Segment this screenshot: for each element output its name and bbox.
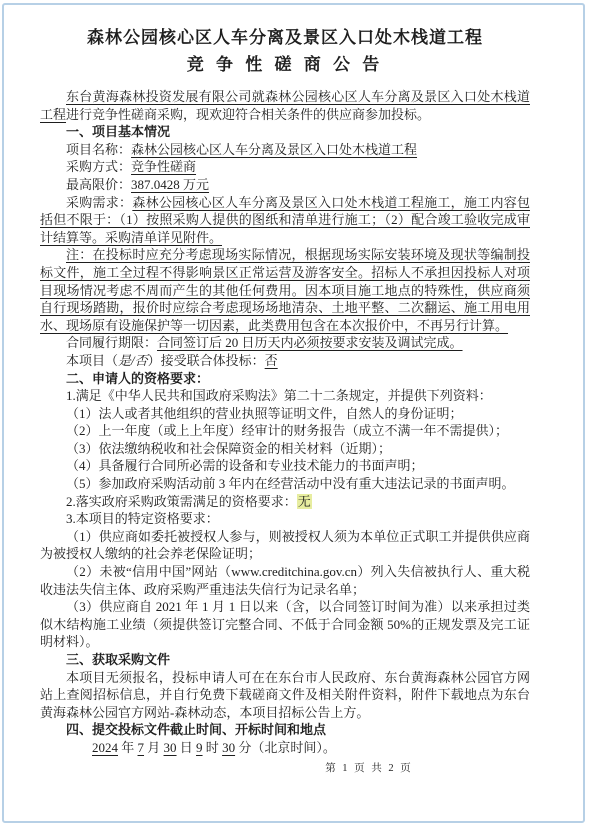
text-segment: 合同履行期限：: [66, 335, 157, 350]
consortium-line: 本项目（是/否）接受联合体投标：否: [40, 352, 530, 370]
text-segment: 进行竞争性磋商采购，现欢迎符合相关条件的供应商参加投标。: [66, 107, 430, 122]
qualification-item-1-4: （4）具备履行合同所必需的设备和专业技术能力的书面声明；: [40, 457, 530, 475]
text-segment: 合同签订后 20 日历天内必须按要求安装及调试完成。: [157, 335, 463, 350]
procurement-demand-paragraph: 采购需求：森林公园核心区人车分离及景区入口处木栈道工程施工，施工内容包括但不限于…: [40, 194, 530, 247]
text-segment: （1）法人或者其他组织的营业执照等证明文件，自然人的身份证明；: [66, 406, 463, 421]
text-segment: 2.落实政府采购政策需满足的资格要求：: [66, 494, 297, 509]
text-segment: 竞争性磋商: [131, 159, 196, 174]
document-title: 森林公园核心区人车分离及景区入口处木栈道工程: [40, 26, 530, 50]
text-segment: （1）供应商如委托被授权人参与，则被授权人须为本单位正式职工并提供供应商为被授权…: [40, 529, 530, 562]
text-segment: 本项目（: [66, 353, 118, 368]
text-segment: 2024: [92, 740, 118, 755]
section-3-heading: 三、获取采购文件: [40, 651, 530, 669]
text-segment: 最高限价：: [66, 177, 131, 192]
text-segment: 是/否: [118, 353, 148, 368]
qualification-item-2: 2.落实政府采购政策需满足的资格要求：无: [40, 493, 530, 511]
text-segment: 注：在投标时应充分考虑现场实际情况，根据现场实际安装环境及现状等编制投标文件，施…: [40, 247, 530, 332]
qualification-item-3: 3.本项目的特定资格要求：: [40, 510, 530, 528]
text-segment: 三、获取采购文件: [66, 652, 170, 667]
text-segment: 项目名称：: [66, 142, 131, 157]
qualification-item-1-2: （2）上一年度（或上上年度）经审计的财务报告（成立不满一年不需提供）；: [40, 422, 530, 440]
qualification-item-1-1: （1）法人或者其他组织的营业执照等证明文件，自然人的身份证明；: [40, 405, 530, 423]
qualification-item-3-1: （1）供应商如委托被授权人参与，则被授权人须为本单位正式职工并提供供应商为被授权…: [40, 528, 530, 563]
text-segment: （3）供应商自 2021 年 1 月 1 日以来（含，以合同签订时间为准）以来承…: [40, 599, 530, 649]
text-segment: 二、申请人的资格要求：: [66, 371, 209, 386]
qualification-item-1: 1.满足《中华人民共和国政府采购法》第二十二条规定，并提供下列资料：: [40, 387, 530, 405]
procurement-method-line: 采购方式：竞争性磋商: [40, 158, 530, 176]
text-segment: （2）未被“信用中国”网站（www.creditchina.gov.cn）列入失…: [40, 564, 530, 597]
text-segment: 时: [203, 740, 223, 755]
text-segment: 一、项目基本情况: [66, 124, 170, 139]
text-segment: （4）具备履行合同所必需的设备和专业技术能力的书面声明；: [66, 458, 424, 473]
text-segment: 采购方式：: [66, 159, 131, 174]
scanned-page: 森林公园核心区人车分离及景区入口处木栈道工程 竞 争 性 磋 商 公 告 东台黄…: [0, 0, 591, 828]
text-segment: （2）上一年度（或上上年度）经审计的财务报告（成立不满一年不需提供）；: [66, 423, 508, 438]
highlighted-text: 无: [297, 494, 312, 509]
qualification-item-3-3: （3）供应商自 2021 年 1 月 1 日以来（含，以合同签订时间为准）以来承…: [40, 598, 530, 651]
text-segment: 月: [144, 740, 164, 755]
text-segment: 1.满足《中华人民共和国政府采购法》第二十二条规定，并提供下列资料：: [66, 388, 492, 403]
text-segment: 否: [265, 353, 278, 368]
qualification-item-1-5: （5）参加政府采购活动前 3 年内在经营活动中没有重大违法记录的书面声明。: [40, 475, 530, 493]
qualification-item-1-3: （3）依法缴纳税收和社会保障资金的相关材料（近期）；: [40, 440, 530, 458]
text-segment: （5）参加政府采购活动前 3 年内在经营活动中没有重大违法记录的书面声明。: [66, 476, 515, 491]
contract-period-line: 合同履行期限：合同签订后 20 日历天内必须按要求安装及调试完成。: [40, 334, 530, 352]
text-segment: 30: [164, 740, 177, 755]
page-number: 第 1 页 共 2 页: [40, 762, 530, 776]
price-limit-line: 最高限价：387.0428 万元: [40, 176, 530, 194]
section-2-heading: 二、申请人的资格要求：: [40, 370, 530, 388]
text-segment: 30: [222, 740, 235, 755]
project-name-line: 项目名称：森林公园核心区人车分离及景区入口处木栈道工程: [40, 141, 530, 159]
text-segment: （3）依法缴纳税收和社会保障资金的相关材料（近期）；: [66, 441, 391, 456]
section-4-heading: 四、提交投标文件截止时间、开标时间和地点: [40, 721, 530, 739]
document: 森林公园核心区人车分离及景区入口处木栈道工程 竞 争 性 磋 商 公 告 东台黄…: [0, 0, 591, 776]
text-segment: 387.0428 万元: [131, 177, 209, 192]
text-segment: 分（北京时间）。: [235, 740, 336, 755]
text-segment: ）接受联合体投标：: [148, 353, 265, 368]
text-segment: 日: [177, 740, 197, 755]
note-paragraph: 注：在投标时应充分考虑现场实际情况，根据现场实际安装环境及现状等编制投标文件，施…: [40, 246, 530, 334]
text-segment: 本项目无须报名，投标申请人可在在东台市人民政府、东台黄海森林公园官方网站上查阅招…: [40, 670, 530, 720]
text-segment: 3.本项目的特定资格要求：: [66, 511, 219, 526]
document-body: 东台黄海森林投资发展有限公司就森林公园核心区人车分离及景区入口处木栈道工程进行竞…: [40, 88, 530, 757]
text-segment: 采购需求：: [66, 195, 132, 210]
text-segment: 四、提交投标文件截止时间、开标时间和地点: [66, 722, 326, 737]
section-1-heading: 一、项目基本情况: [40, 123, 530, 141]
text-segment: 年: [118, 740, 138, 755]
document-access-paragraph: 本项目无须报名，投标申请人可在在东台市人民政府、东台黄海森林公园官方网站上查阅招…: [40, 669, 530, 722]
qualification-item-3-2: （2）未被“信用中国”网站（www.creditchina.gov.cn）列入失…: [40, 563, 530, 598]
document-subtitle: 竞 争 性 磋 商 公 告: [40, 52, 530, 78]
deadline-date-line: 2024 年 7 月 30 日 9 时 30 分（北京时间）。: [40, 739, 530, 757]
intro-paragraph: 东台黄海森林投资发展有限公司就森林公园核心区人车分离及景区入口处木栈道工程进行竞…: [40, 88, 530, 123]
text-segment: 森林公园核心区人车分离及景区入口处木栈道工程: [131, 142, 417, 157]
